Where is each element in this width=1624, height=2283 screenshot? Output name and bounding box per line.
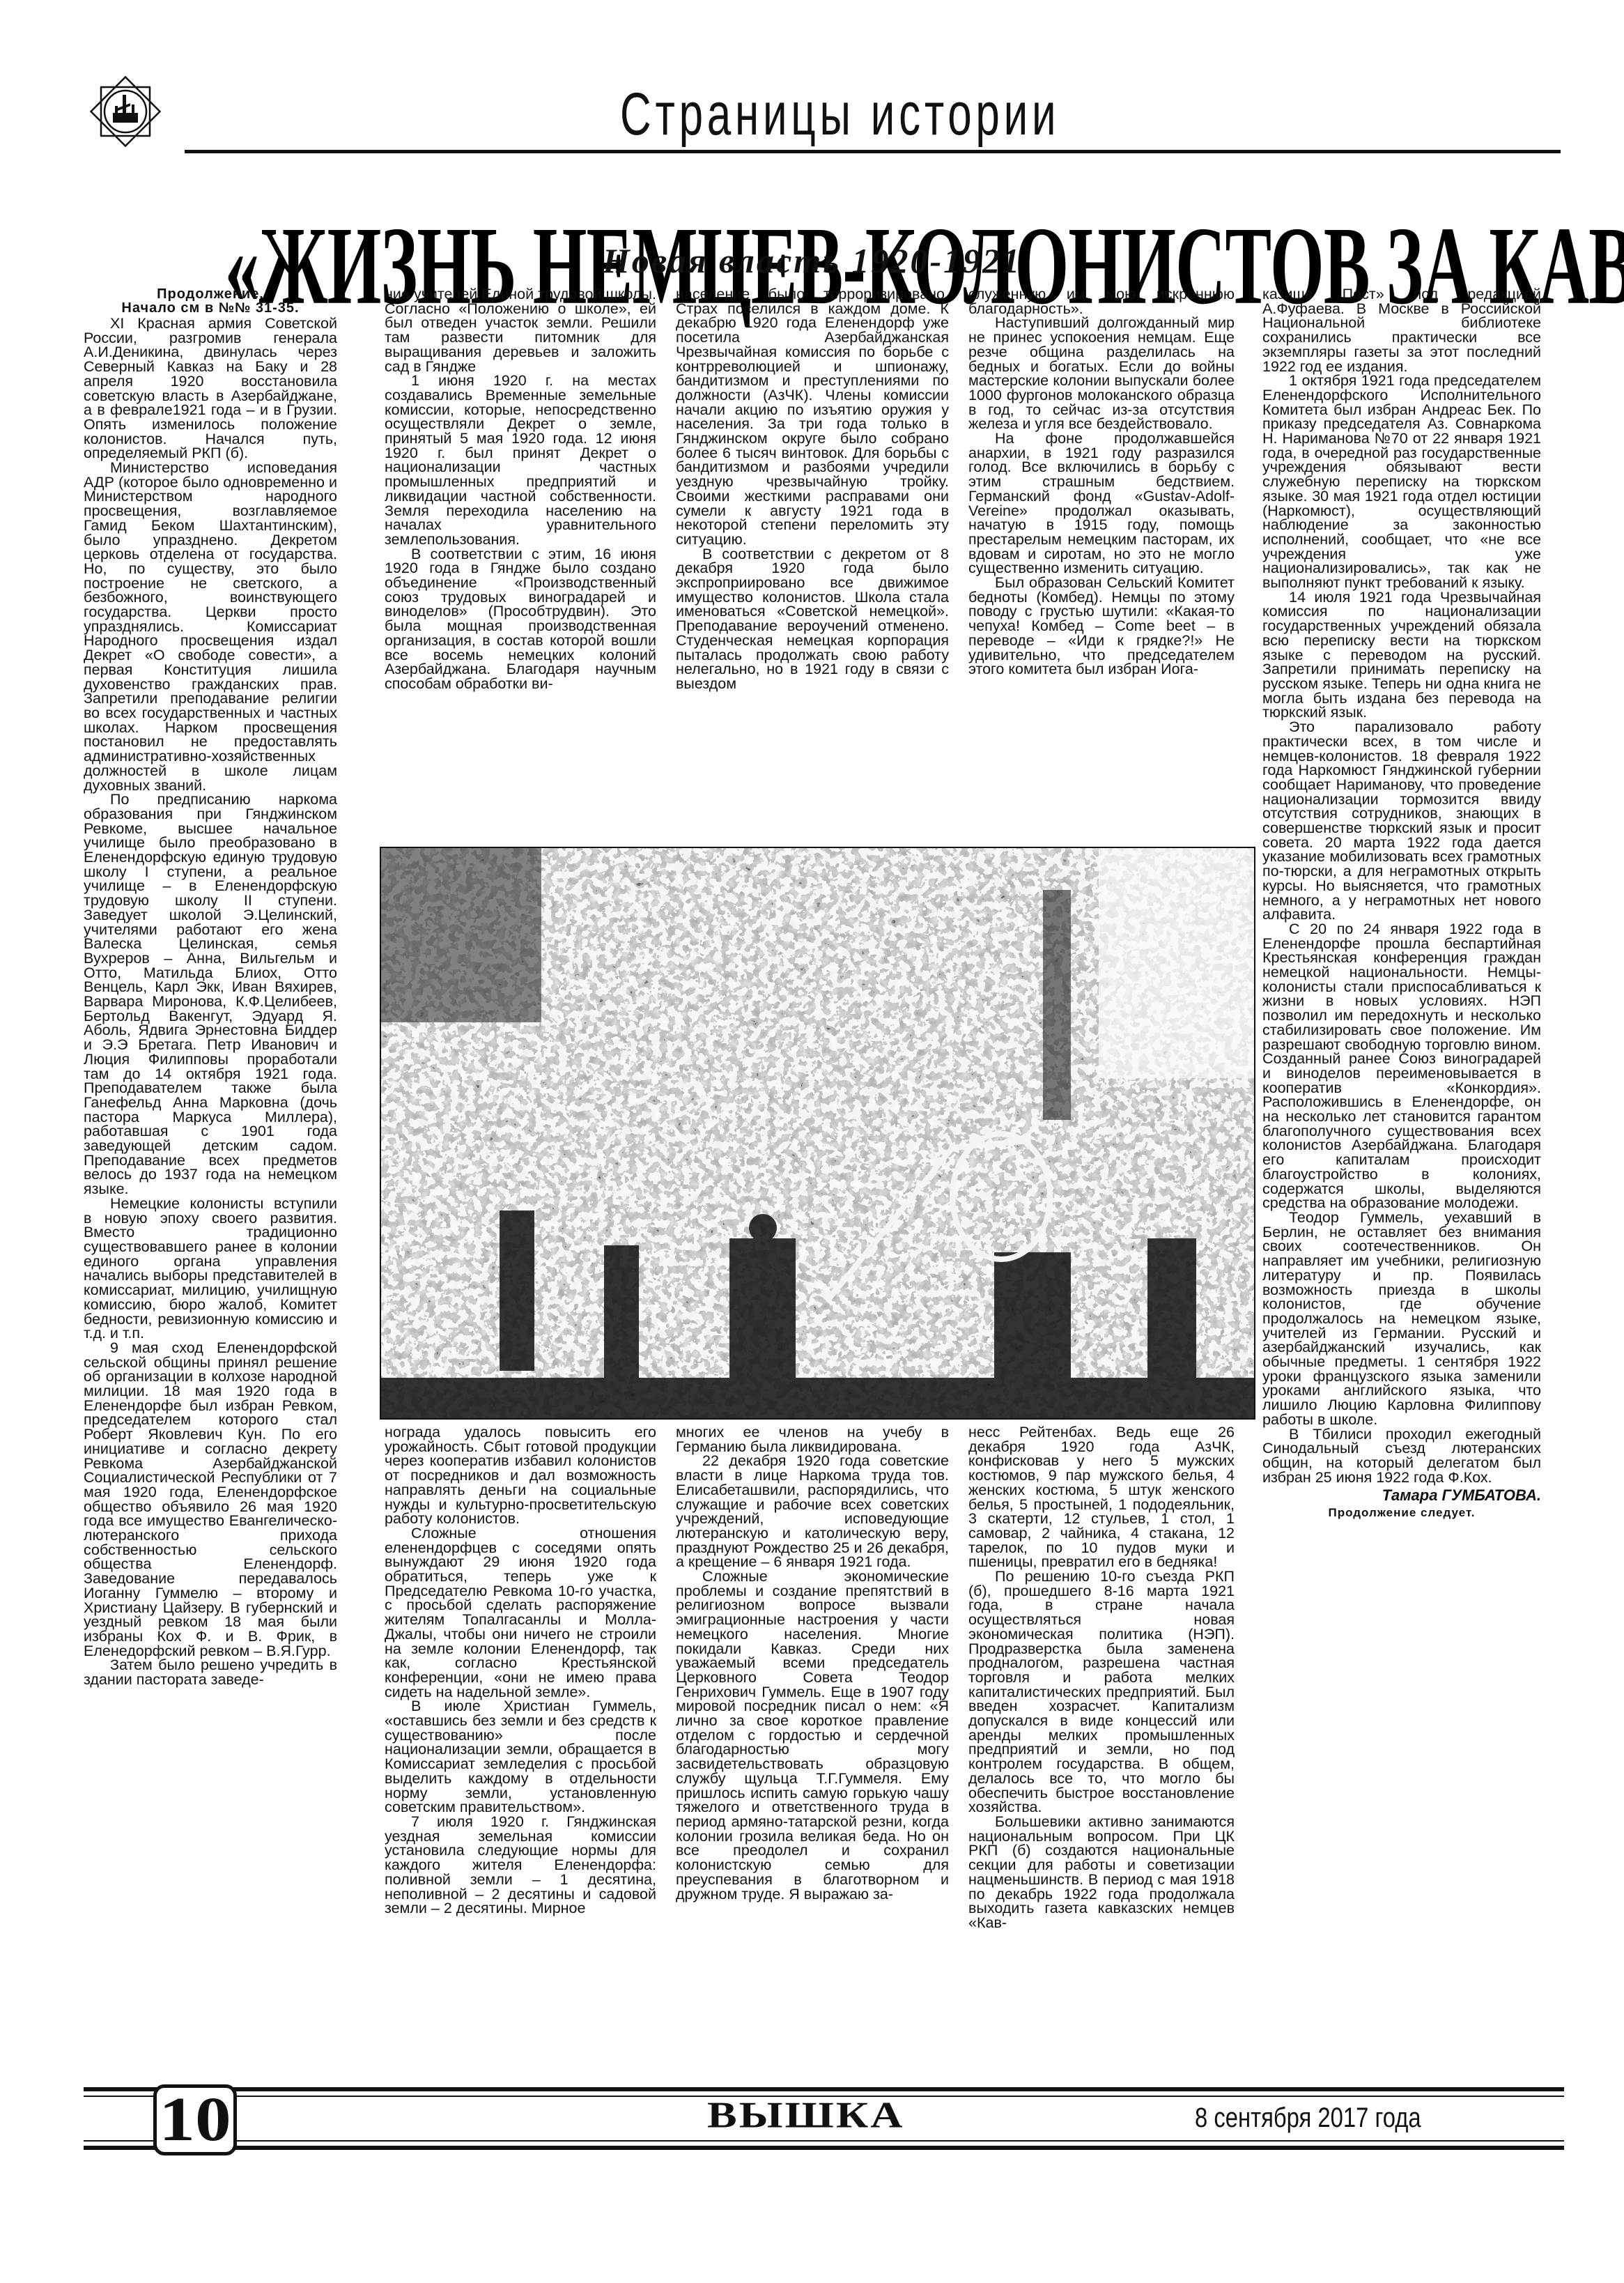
article-column-5: казише Пост» под редакцией А.Фуфаева. В …: [1262, 287, 1541, 1521]
article-column-4-top: служенную им мою искреннюю благодарность…: [968, 287, 1235, 677]
paragraph: На фоне продолжавшейся анархии, в 1921 г…: [968, 431, 1235, 576]
paragraph: В соответствии с декретом от 8 декабря 1…: [676, 547, 949, 691]
article-column-3-bottom: многих ее членов на учебу в Германию был…: [676, 1425, 949, 1901]
paragraph: С 20 по 24 января 1922 года в Еленендорф…: [1262, 922, 1541, 1210]
paragraph: Это парализовало работу практически всех…: [1262, 720, 1541, 922]
paragraph: Затем было решено учредить в здании паст…: [84, 1658, 337, 1686]
paragraph: 1 октября 1921 года председателем Еленен…: [1262, 374, 1541, 590]
paragraph: В Тбилиси проходил ежегодный Синодальный…: [1262, 1427, 1541, 1485]
paragraph: население было терроризировано. Страх по…: [676, 287, 949, 547]
paragraph: Сложные отношения еленендорфцев с соседя…: [385, 1526, 656, 1699]
page-number-badge: 10: [153, 2084, 237, 2155]
article-column-2-top: ние учителей Единой трудовой школы. Согл…: [385, 287, 656, 691]
paragraph: Был образован Сельский Комитет бедноты (…: [968, 576, 1235, 677]
paragraph: 14 июля 1921 года Чрезвычайная комиссия …: [1262, 590, 1541, 720]
paragraph: несс Рейтенбах. Ведь еще 26 декабря 1920…: [968, 1425, 1235, 1569]
article-column-1: Продолжение. Начало см в №№ 31-35. XI Кр…: [84, 287, 337, 1935]
paragraph: Сложные экономические проблемы и создани…: [676, 1569, 949, 1901]
paragraph: ние учителей Единой трудовой школы. Согл…: [385, 287, 656, 374]
page-number: 10: [159, 2089, 231, 2151]
paragraph: нограда удалось повысить его урожайность…: [385, 1425, 656, 1526]
footer-rule-bottom-thin: [84, 2140, 1564, 2142]
paragraph: 7 июля 1920 г. Гянджинская уездная земел…: [385, 1815, 656, 1916]
newspaper-logo-icon: [87, 70, 164, 153]
section-header: Страницы истории: [84, 42, 1561, 174]
paragraph: По предписанию наркома образования при Г…: [84, 792, 337, 1197]
paragraph: По решению 10-го съезда РКП (б), прошедш…: [968, 1569, 1235, 1815]
section-title: Страницы истории: [620, 80, 1060, 149]
page-footer: 10 ВЫШКА 8 сентября 2017 года: [84, 2087, 1564, 2150]
newspaper-name: ВЫШКА: [707, 2097, 904, 2133]
paragraph: В соответствии с этим, 16 июня 1920 года…: [385, 547, 656, 691]
paragraph: Теодор Гуммель, уехавший в Берлин, не ос…: [1262, 1210, 1541, 1427]
footer-rule-bottom-thick: [84, 2146, 1564, 2150]
paragraph: 1 июня 1920 г. на местах создавались Вре…: [385, 374, 656, 546]
article-column-3-top: население было терроризировано. Страх по…: [676, 287, 949, 691]
article-subheadline: Новая власть 1920-1921: [0, 240, 1624, 281]
header-divider: [185, 150, 1561, 153]
issue-date: 8 сентября 2017 года: [1195, 2103, 1421, 2134]
oil-derrick-star-icon: [87, 70, 164, 153]
paragraph: 22 декабря 1920 года советские власти в …: [676, 1454, 949, 1569]
author-signature: Тамара ГУМБАТОВА.: [1262, 1489, 1541, 1503]
paragraph: Наступивший долгожданный мир не принес у…: [968, 316, 1235, 431]
paragraph: служенную им мою искреннюю благодарность…: [968, 287, 1235, 316]
paragraph: 9 мая сход Еленендорфской сельской общин…: [84, 1341, 337, 1658]
paragraph: XI Красная армия Советской России, разгр…: [84, 316, 337, 461]
paragraph: Большевики активно занимаются национальн…: [968, 1815, 1235, 1930]
footer-rule-top-thick: [84, 2087, 1564, 2091]
paragraph: В июле Христиан Гуммель, «оставшись без …: [385, 1699, 656, 1815]
to-be-continued-note: Продолжение следует.: [1262, 1506, 1541, 1521]
article-column-4-bottom: несс Рейтенбах. Ведь еще 26 декабря 1920…: [968, 1425, 1235, 1930]
photo-image: [381, 848, 1254, 1418]
paragraph: казише Пост» под редакцией А.Фуфаева. В …: [1262, 287, 1541, 374]
historical-group-photo: [380, 847, 1255, 1420]
paragraph: Немецкие колонисты вступили в новую эпох…: [84, 1197, 337, 1341]
continuation-note: Продолжение. Начало см в №№ 31-35.: [84, 287, 337, 315]
paragraph: Министерство исповедания АДР (которое бы…: [84, 461, 337, 792]
paragraph: многих ее членов на учебу в Германию был…: [676, 1425, 949, 1454]
article-column-2-bottom: нограда удалось повысить его урожайность…: [385, 1425, 656, 1916]
